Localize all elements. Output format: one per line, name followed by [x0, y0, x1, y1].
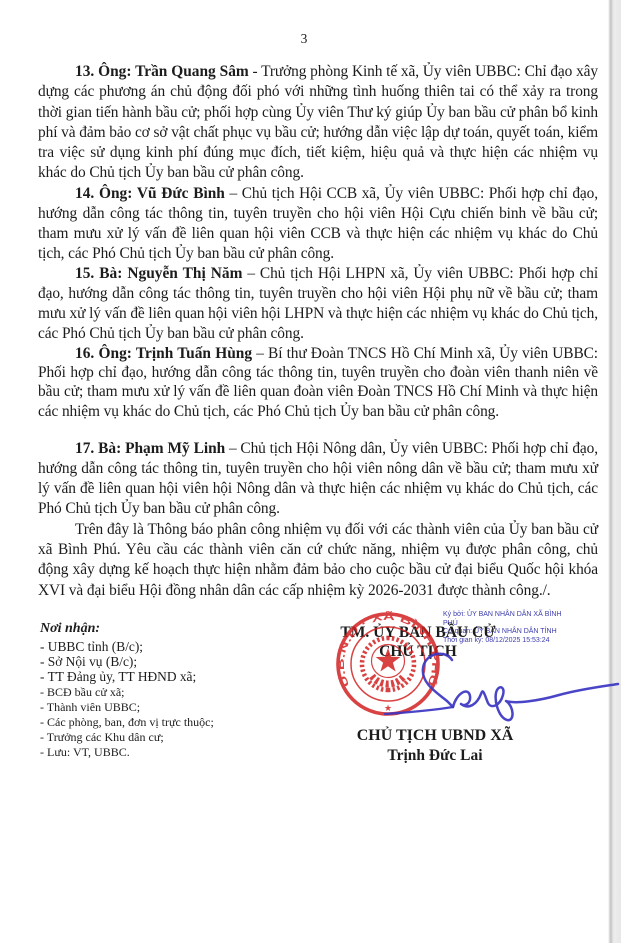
person-name-16: 16. Ông: Trịnh Tuấn Hùng: [75, 345, 252, 362]
paragraph-16: 16. Ông: Trịnh Tuấn Hùng – Bí thư Đoàn T…: [38, 344, 598, 421]
recipient-item: - BCĐ bầu cử xã;: [40, 685, 214, 700]
digital-signed-by: Ký bởi: ỦY BAN NHÂN DÂN XÃ BÌNH: [443, 611, 613, 620]
recipient-item: - TT Đảng ủy, TT HĐND xã;: [40, 669, 214, 684]
paragraph-17: 17. Bà: Phạm Mỹ Linh – Chủ tịch Hội Nông…: [38, 439, 598, 519]
person-name-13: 13. Ông: Trần Quang Sâm: [75, 63, 249, 80]
signature-underline-stroke: [385, 707, 453, 714]
recipients-title: Nơi nhận:: [40, 621, 214, 637]
closing-paragraph: Trên đây là Thông báo phân công nhiệm vụ…: [38, 520, 598, 601]
recipients-block: Nơi nhận: - UBBC tỉnh (B/c); - Sở Nội vụ…: [40, 621, 214, 760]
recipient-item: - Sở Nội vụ (B/c);: [40, 654, 214, 669]
page-edge-shadow: [608, 0, 621, 943]
recipient-item: - Trưởng các Khu dân cư;: [40, 730, 214, 745]
recipient-item: - Lưu: VT, UBBC.: [40, 745, 214, 760]
paragraph-15: 15. Bà: Nguyễn Thị Năm – Chủ tịch Hội LH…: [38, 264, 598, 344]
person-name-14: 14. Ông: Vũ Đức Bình: [75, 185, 225, 202]
person-name-15: 15. Bà: Nguyễn Thị Năm: [75, 265, 242, 282]
signer-name: Trịnh Đức Lai: [335, 747, 535, 765]
paragraph-13: 13. Ông: Trần Quang Sâm - Trưởng phòng K…: [38, 62, 598, 184]
paragraph-13-text: - Trưởng phòng Kinh tế xã, Ủy viên UBBC:…: [38, 63, 598, 181]
person-name-17: 17. Bà: Phạm Mỹ Linh: [75, 440, 225, 457]
recipient-item: - UBBC tỉnh (B/c);: [40, 639, 214, 654]
paragraph-14: 14. Ông: Vũ Đức Bình – Chủ tịch Hội CCB …: [38, 184, 598, 264]
document-page: 3 13. Ông: Trần Quang Sâm - Trưởng phòng…: [0, 0, 621, 943]
recipient-item: - Các phòng, ban, đơn vị trực thuộc;: [40, 715, 214, 730]
recipient-item: - Thành viên UBBC;: [40, 700, 214, 715]
page-number: 3: [0, 31, 608, 47]
signature-scrawl: [373, 640, 621, 745]
signature-main-stroke: [423, 654, 618, 720]
